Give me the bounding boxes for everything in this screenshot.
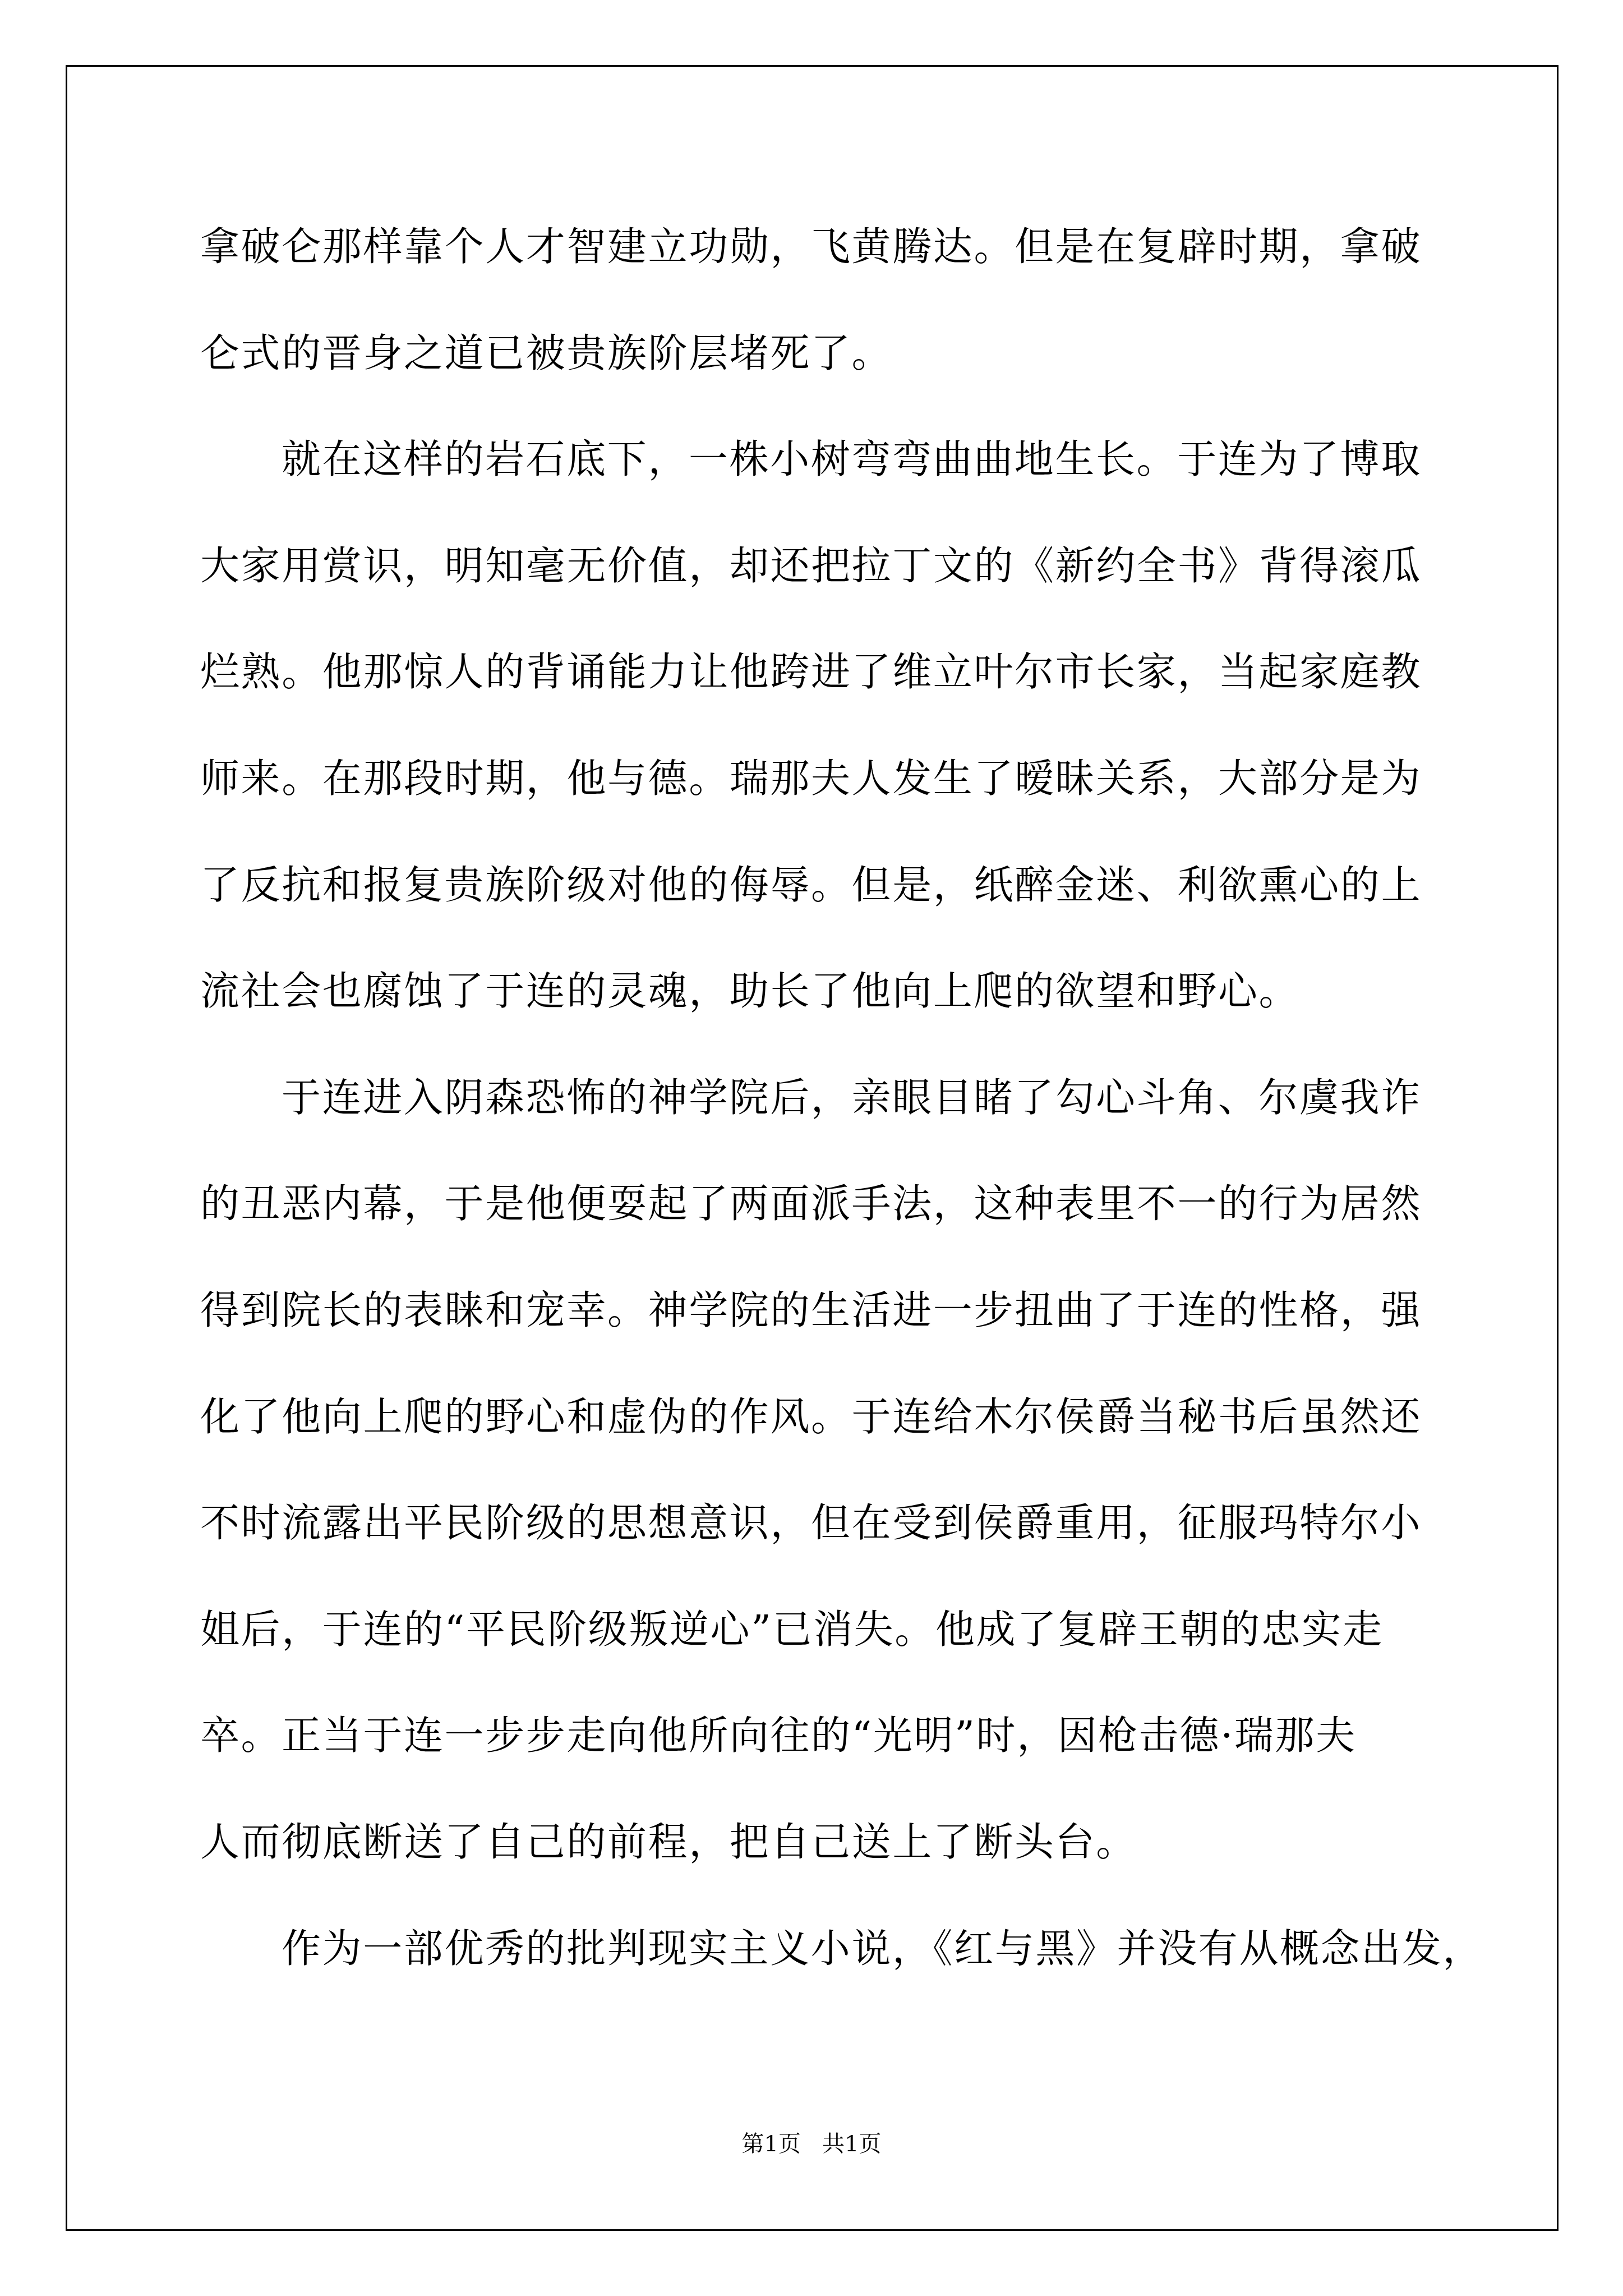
text-line: 仑式的晋身之道已被贵族阶层堵死了。 <box>200 331 892 376</box>
text-line: 的丑恶内幕，于是他便耍起了两面派手法，这种表里不一的行为居然 <box>200 1181 1422 1226</box>
text-line: 流社会也腐蚀了于连的灵魂，助长了他向上爬的欲望和野心。 <box>200 969 1299 1014</box>
text-line: 卒。正当于连一步步走向他所向往的“光明”时，因枪击德·瑞那夫 <box>200 1713 1357 1758</box>
text-line: 得到院长的表睐和宠幸。神学院的生活进一步扭曲了于连的性格，强 <box>200 1288 1422 1333</box>
text-line: 拿破仑那样靠个人才智建立功勋，飞黄腾达。但是在复辟时期，拿破 <box>200 224 1422 269</box>
page-border <box>66 65 1559 2231</box>
page-number-footer: 第1页 共1页 <box>0 2129 1623 2159</box>
text-line: 师来。在那段时期，他与德。瑞那夫人发生了暧昧关系，大部分是为 <box>200 756 1422 801</box>
text-line: 人而彻底断送了自己的前程，把自己送上了断头台。 <box>200 1820 1137 1865</box>
paragraph-start-line: 作为一部优秀的批判现实主义小说，《红与黑》并没有从概念出发， <box>282 1926 1483 1971</box>
text-line: 了反抗和报复贵族阶级对他的侮辱。但是，纸醉金迷、利欲熏心的上 <box>200 863 1422 908</box>
paragraph-start-line: 就在这样的岩石底下，一株小树弯弯曲曲地生长。于连为了博取 <box>282 437 1422 482</box>
text-line: 大家用赏识，明知毫无价值，却还把拉丁文的《新约全书》背得滚瓜 <box>200 544 1422 588</box>
text-line: 烂熟。他那惊人的背诵能力让他跨进了维立叶尔市长家，当起家庭教 <box>200 650 1422 694</box>
paragraph-start-line: 于连进入阴森恐怖的神学院后，亲眼目睹了勾心斗角、尔虞我诈 <box>282 1075 1422 1120</box>
text-line: 化了他向上爬的野心和虚伪的作风。于连给木尔侯爵当秘书后虽然还 <box>200 1395 1422 1439</box>
text-line: 姐后，于连的“平民阶级叛逆心”已消失。他成了复辟王朝的忠实走 <box>200 1607 1384 1652</box>
text-line: 不时流露出平民阶级的思想意识，但在受到侯爵重用，征服玛特尔小 <box>200 1501 1422 1545</box>
